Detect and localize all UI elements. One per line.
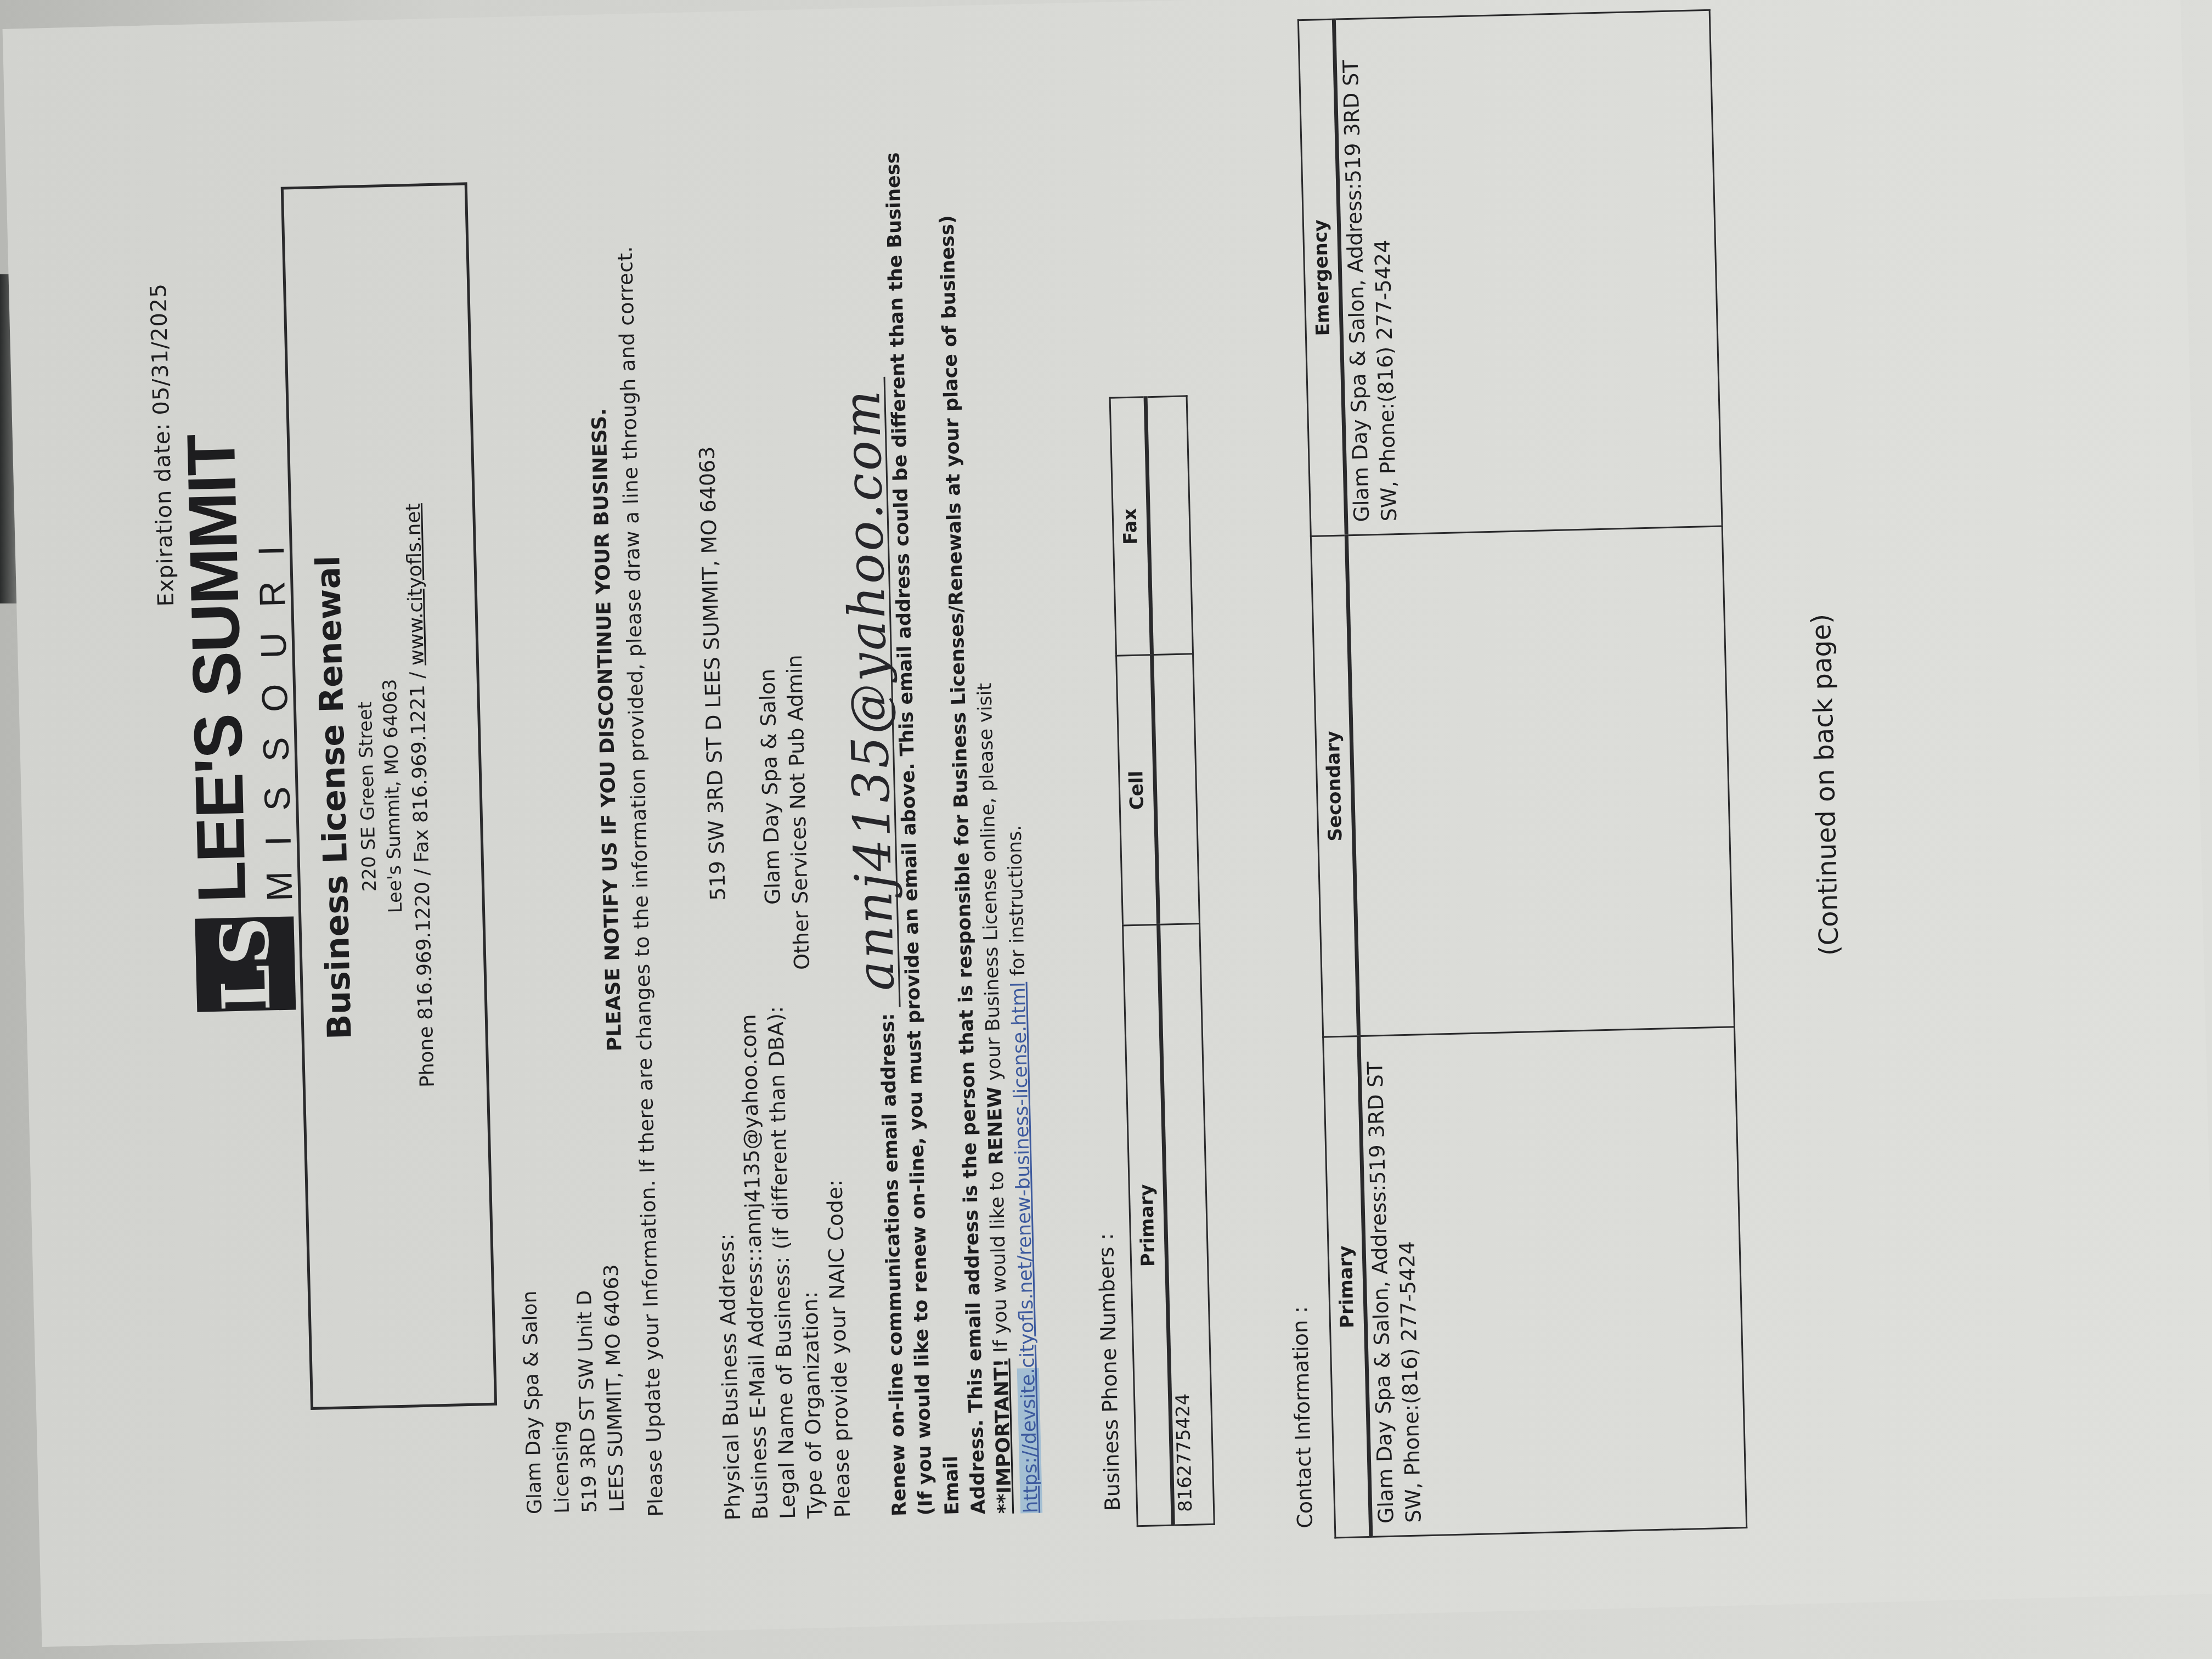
primary-contact: Glam Day Spa & Salon, Address:519 3RD ST… bbox=[1359, 1027, 1747, 1537]
document-rotation: Expiration date: 05/31/2025 LS LEE'S SUM… bbox=[0, 0, 2212, 1659]
business-info: Physical Business Address: 519 SW 3RD ST… bbox=[707, 1004, 857, 1520]
secondary-contact bbox=[1346, 526, 1734, 1036]
physical-address-value: 519 SW 3RD ST D LEES SUMMIT, MO 64063 bbox=[693, 446, 732, 901]
city-logo: LS LEE'S SUMMIT MISSOURI bbox=[177, 433, 302, 1012]
contact-info-table: Primary Secondary Emergency Glam Day Spa… bbox=[1297, 9, 1747, 1539]
emergency-contact: Glam Day Spa & Salon, Address:519 3RD ST… bbox=[1334, 10, 1722, 535]
mailing-address: Glam Day Spa & Salon Licensing 519 3RD S… bbox=[516, 1264, 631, 1515]
phone-numbers-table: Primary Cell Fax 8162775424 bbox=[1109, 395, 1215, 1527]
column-header: Cell bbox=[1116, 655, 1159, 926]
license-renewal-sheet: Expiration date: 05/31/2025 LS LEE'S SUM… bbox=[3, 0, 2212, 1647]
phone-numbers-label: Business Phone Numbers : bbox=[1094, 1233, 1125, 1511]
column-header: Fax bbox=[1110, 397, 1152, 656]
ls-monogram-icon: LS bbox=[195, 916, 296, 1012]
continued-note: (Continued on back page) bbox=[1806, 613, 1845, 956]
logo-city-name: LEE'S SUMMIT bbox=[177, 435, 257, 904]
mailing-line: LEES SUMMIT, MO 64063 bbox=[598, 1264, 631, 1513]
cell-phone bbox=[1152, 654, 1200, 925]
org-type-value: Other Services Not Pub Admin bbox=[781, 654, 816, 970]
expiration-date-value: 05/31/2025 bbox=[146, 283, 174, 416]
website-link[interactable]: www.cityofls.net bbox=[402, 503, 428, 666]
table-row: Glam Day Spa & Salon, Address:519 3RD ST… bbox=[1334, 10, 1746, 1537]
contact-info-label: Contact Information : bbox=[1288, 1306, 1317, 1529]
fax-number bbox=[1145, 396, 1193, 655]
online-renewal-section: Renew on-line communications email addre… bbox=[833, 109, 1045, 1517]
header-box: Business License Renewal 220 SE Green St… bbox=[281, 182, 497, 1410]
